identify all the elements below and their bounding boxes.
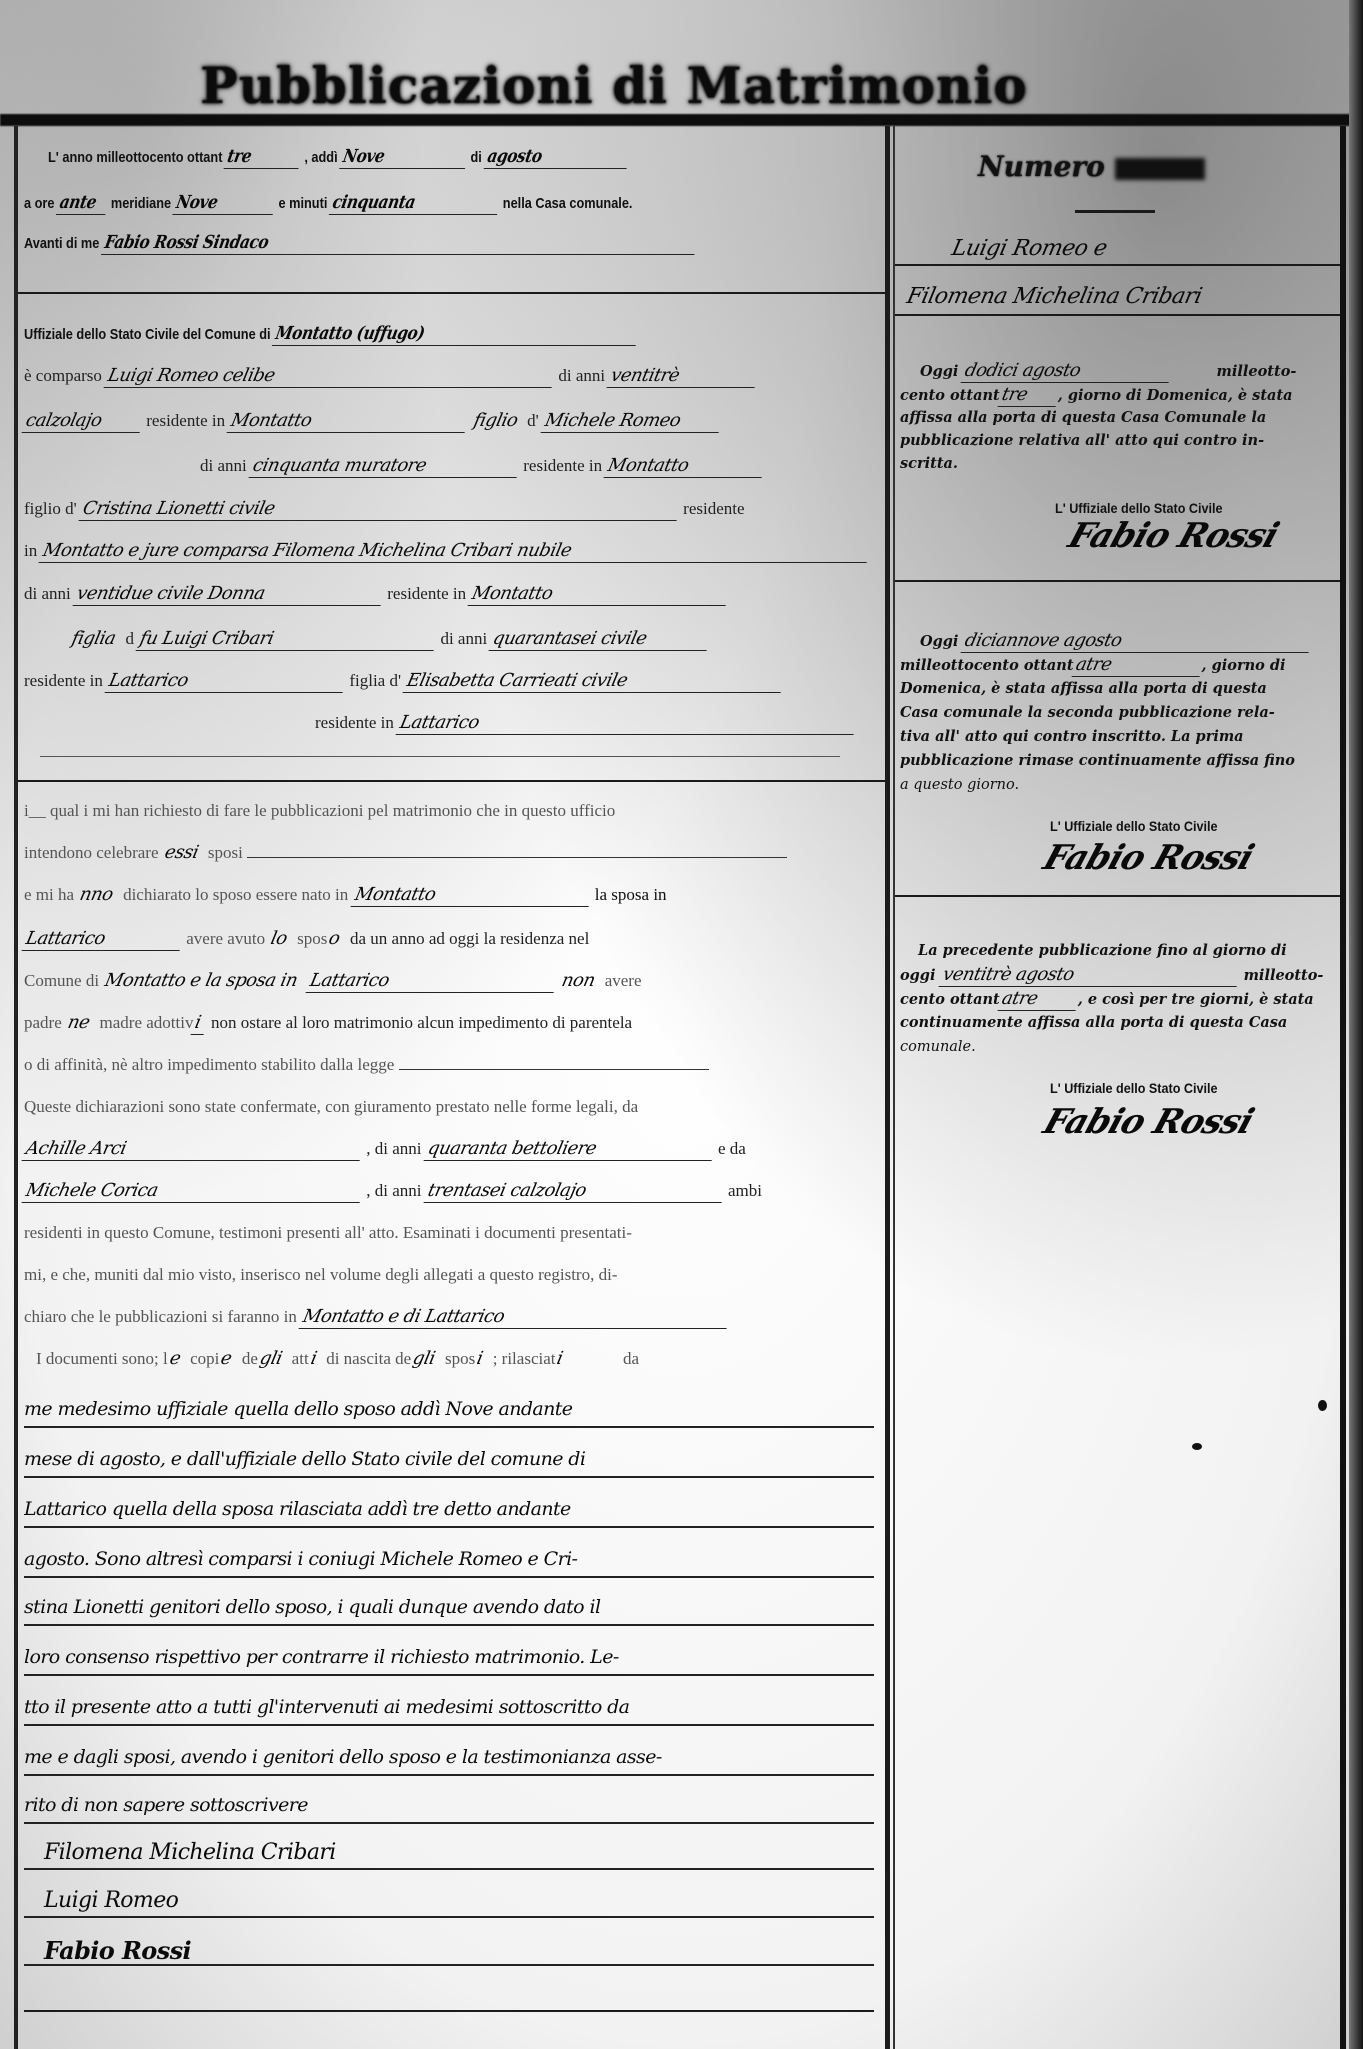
decl-line-5: Comune di Montatto e la sposa in Lattari… (24, 970, 642, 993)
spouse-bride: Filomena Michelina Cribari (903, 286, 1210, 308)
officer-signature: Fabio Rossi (1039, 838, 1259, 878)
officer-signature: Fabio Rossi (1064, 516, 1284, 556)
label-figlio-d: figlio d' (24, 499, 77, 518)
fill-year: tre (997, 384, 1060, 407)
spouse-groom: Luigi Romeo e (948, 238, 1115, 260)
notice3-line-1: La precedente pubblicazione fino al gior… (918, 940, 1287, 962)
line-bride-mother-residence: residente in Lattarico (315, 712, 856, 735)
fill-bride-comune: Lattarico (305, 970, 558, 993)
fill-bride-age: ventidue civile Donna (73, 583, 386, 606)
decl-line-11: residenti in questo Comune, testimoni pr… (24, 1222, 632, 1244)
label-att: att (292, 1349, 309, 1368)
fill-essi: essi (160, 842, 206, 864)
blank-rule (40, 756, 840, 757)
label-tre-giorni: , e così per tre giorni, è stata (1078, 991, 1314, 1008)
label-ore: a ore (24, 195, 54, 212)
fill-comune: Montatto (uffugo) (272, 323, 640, 346)
handwritten-line: mese di agosto, e dall'uffiziale dello S… (24, 1440, 874, 1478)
label-in: in (24, 541, 37, 560)
fill-groom-birthplace: Montatto (350, 884, 593, 907)
margin-rule (895, 264, 1340, 266)
handwritten-line: me medesimo uffiziale quella dello sposo… (24, 1390, 874, 1428)
label-comparso: è comparso (24, 366, 102, 385)
fill-lo: lo (267, 928, 295, 950)
label-spos: spos (445, 1349, 475, 1368)
notice3-line-5: comunale. (900, 1036, 976, 1058)
label-oggi: oggi (900, 967, 935, 984)
fill-groom-name: Luigi Romeo celibe (104, 365, 557, 388)
line-bride-age: di anni ventidue civile Donna residente … (24, 583, 728, 606)
right-border (1340, 126, 1346, 2049)
label-figlia: figlia d' (349, 671, 401, 690)
blank-line (247, 857, 787, 858)
fill-comune-residenza: Montatto e la sposa in (101, 970, 306, 992)
fill-bride-mother: Elisabetta Carrieati civile (403, 670, 786, 693)
decl-line-1: i__ qual i mi han richiesto di fare le p… (24, 800, 615, 822)
handwritten-line: me e dagli sposi, avendo i genitori dell… (24, 1738, 874, 1776)
line-bride-appears: in Montatto e jure comparsa Filomena Mic… (24, 540, 869, 563)
notice3-line-2: oggi ventitrè agosto milleotto- (900, 964, 1323, 987)
blank-line (399, 1069, 709, 1070)
fill-year: atre (997, 988, 1080, 1011)
ruled-line (24, 2010, 874, 2012)
label-de: de (242, 1349, 258, 1368)
label-minuti: e minuti (279, 195, 328, 212)
notice2-line-2: milleottocento ottantatre, giorno di (900, 654, 1286, 677)
fill-father-age: cinquanta muratore (249, 455, 522, 478)
label-avanti: Avanti di me (24, 235, 99, 252)
label-di-anni: , di anni (366, 1139, 421, 1158)
fill-i: i (191, 1012, 209, 1035)
fill-bride-father-age: quarantasei civile (489, 628, 712, 651)
parties-rule (18, 780, 885, 782)
numero-label: Numero (978, 150, 1205, 183)
decl-line-witness-2: Michele Corica , di anni trentasei calzo… (24, 1180, 762, 1203)
line-father-age: di anni cinquanta muratore residente in … (200, 455, 764, 478)
numero-underline (1075, 210, 1155, 213)
notice2-line-5: tiva all' atto qui contro inscritto. La … (900, 726, 1244, 748)
label-celebrare: intendono celebrare (24, 843, 159, 862)
label-casa-comunale: nella Casa comunale. (503, 195, 633, 212)
label-residente: residente in (315, 713, 394, 732)
label-di: di (471, 149, 482, 166)
margin-rule (895, 580, 1340, 582)
officer-label: L' Uffiziale dello Stato Civile (1050, 1080, 1218, 1096)
margin-rule (895, 314, 1340, 316)
handwritten-line: stina Lionetti genitori dello sposo, i q… (24, 1588, 874, 1626)
line-groom-mother: figlio d' Cristina Lionetti civile resid… (24, 498, 745, 521)
header-line-1: L' anno milleottocento ottant tre , addì… (48, 146, 628, 169)
notice2-line-6: pubblicazione rimase continuamente affis… (900, 750, 1295, 772)
fill-month: agosto (483, 146, 630, 169)
fill-bride-birthplace: Lattarico (22, 928, 185, 951)
fill-officer: Fabio Rossi Sindaco (101, 232, 698, 255)
ink-spot (1318, 1400, 1327, 1411)
handwritten-line: tto il presente atto a tutti gl'interven… (24, 1688, 874, 1726)
label-residente: residente (683, 499, 744, 518)
notice2-line-7: a questo giorno. (900, 774, 1019, 796)
fill-i: i (473, 1348, 491, 1370)
fill-bride-father: fu Luigi Cribari (136, 628, 439, 651)
fill-groom-father: Michele Romeo (541, 410, 724, 433)
line-comune: Uffiziale dello Stato Civile del Comune … (24, 323, 638, 346)
label-madre: madre adottiv (100, 1013, 194, 1032)
label-domenica: , giorno di Domenica, è stata (1058, 387, 1293, 404)
fill-anno: nno (76, 884, 121, 906)
label-spos: spos (297, 929, 327, 948)
notice2-line-4: Casa comunale la seconda pubblicazione r… (900, 702, 1275, 724)
label-faranno-in: chiaro che le pubblicazioni si faranno i… (24, 1307, 297, 1326)
fill-gli: gli (256, 1348, 290, 1370)
label-milleotto: milleotto- (1244, 967, 1324, 984)
title-rule (0, 114, 1363, 126)
notice1-line-2: cento ottanttre, giorno di Domenica, è s… (900, 384, 1293, 407)
fill-groom-residence: Montatto (227, 410, 470, 433)
fill-publication-places: Montatto e di Lattarico (299, 1306, 732, 1329)
fill-figlia: figlia (68, 628, 124, 650)
handwritten-line: agosto. Sono altresì comparsi i coniugi … (24, 1540, 874, 1578)
fill-bride-father-residence: Lattarico (105, 670, 348, 693)
label-nascita: di nascita de (326, 1349, 411, 1368)
label-residente: residente in (523, 456, 602, 475)
fill-e: e (165, 1348, 188, 1370)
fill-bride-mother-residence: Lattarico (396, 712, 859, 735)
fill-witness-2-age: trentasei calzolajo (423, 1180, 726, 1203)
label-milleotto: milleotto- (1217, 363, 1297, 380)
decl-line-8: Queste dichiarazioni sono state conferma… (24, 1096, 638, 1118)
fill-groom-age: ventitrè (607, 365, 760, 388)
notice1-line-1: Oggi dodici agosto milleotto- (920, 360, 1296, 383)
decl-line-4: Lattarico avere avuto lo sposo da un ann… (24, 928, 589, 951)
label-da: da (623, 1349, 639, 1368)
label-comune-di: Comune di (24, 971, 99, 990)
decl-line-14: I documenti sono; le copie degli atti di… (36, 1348, 639, 1370)
label-affinita: o di affinità, nè altro impedimento stab… (24, 1055, 394, 1074)
label-e-da: e da (718, 1139, 746, 1158)
label-copi: copi (190, 1349, 219, 1368)
label-d: d (125, 629, 134, 648)
decl-line-13: chiaro che le pubblicazioni si faranno i… (24, 1306, 729, 1329)
column-divider (885, 126, 890, 2049)
fill-ne: ne (64, 1012, 98, 1034)
officer-label: L' Uffiziale dello Stato Civile (1055, 500, 1223, 516)
label-rilasciat: ; rilasciat (493, 1349, 556, 1368)
label-di-anni: di anni (558, 366, 605, 385)
label-residenza: da un anno ad oggi la residenza nel (350, 929, 589, 948)
fill-gli: gli (409, 1348, 443, 1370)
label-d: d' (527, 411, 539, 430)
label-mi-ha: e mi ha (24, 885, 74, 904)
label-ottant: milleottocento ottant (900, 657, 1074, 674)
column-divider-inner (893, 126, 895, 2049)
label-sposi: sposi (208, 843, 243, 862)
label-residente: residente in (24, 671, 103, 690)
label-addi: , addì (304, 149, 337, 166)
handwritten-line: Lattarico quella della sposa rilasciata … (24, 1490, 874, 1528)
header-rule (18, 292, 885, 294)
label-meridiane: meridiane (111, 195, 171, 212)
label-di-anni: , di anni (366, 1181, 421, 1200)
decl-line-3: e mi ha nno dichiarato lo sposo essere n… (24, 884, 667, 907)
margin-rule (895, 895, 1340, 897)
notice2-line-1: Oggi diciannove agosto (920, 630, 1311, 653)
header-line-3: Avanti di me Fabio Rossi Sindaco (24, 232, 696, 255)
label-di-anni: di anni (440, 629, 487, 648)
officer-signature: Fabio Rossi (1039, 1102, 1259, 1142)
notice3-line-4: continuamente affissa alla porta di ques… (900, 1012, 1287, 1034)
handwritten-line: loro consenso rispettivo per contrarre i… (24, 1638, 874, 1676)
fill-i: i (553, 1348, 571, 1370)
signature-bride: Filomena Michelina Cribari (24, 1832, 874, 1870)
label-impedimento: non ostare al loro matrimonio alcun impe… (211, 1013, 632, 1032)
fill-witness-1-age: quaranta bettoliere (423, 1138, 716, 1161)
margin-spouse-2: Filomena Michelina Cribari (905, 286, 1207, 309)
fill-meridian: ante (56, 192, 109, 215)
label-figlio: figlio (469, 410, 525, 432)
label-padre: padre (24, 1013, 62, 1032)
notice3-line-3: cento ottantatre, e così per tre giorni,… (900, 988, 1314, 1011)
handwritten-line: rito di non sapere sottoscrivere (24, 1786, 874, 1824)
notice1-line-5: scritta. (900, 453, 958, 475)
decl-line-12: mi, e che, muniti dal mio visto, inseris… (24, 1264, 617, 1286)
numero-value-smudge (1115, 158, 1205, 180)
fill-date: dodici agosto (961, 360, 1174, 383)
label-residente: residente in (146, 411, 225, 430)
line-groom-residence: calzolajo residente in Montatto figlio d… (24, 410, 721, 433)
numero-text: Numero (978, 150, 1105, 183)
label-ottant: cento ottant (900, 387, 1000, 404)
fill-hour: Nove (173, 192, 277, 215)
signature-officer: Fabio Rossi (24, 1928, 874, 1966)
label-di-anni: di anni (200, 456, 247, 475)
label-sposa-in: la sposa in (595, 885, 667, 904)
notice1-line-4: pubblicazione relativa all' atto qui con… (900, 430, 1264, 452)
label-avere: avere (605, 971, 642, 990)
label-documenti: I documenti sono; l (36, 1349, 168, 1368)
register-page: Pubblicazioni di Matrimonio L' anno mill… (0, 0, 1363, 2049)
fill-date: diciannove agosto (961, 630, 1314, 653)
page-title: Pubblicazioni di Matrimonio (200, 56, 1100, 112)
line-comparso: è comparso Luigi Romeo celibe di anni ve… (24, 365, 757, 388)
fill-groom-mother: Cristina Lionetti civile (78, 498, 681, 521)
fill-bride-name: Montatto e jure comparsa Filomena Michel… (39, 540, 872, 563)
fill-o: o (325, 928, 348, 950)
notice2-line-3: Domenica, è stata affissa alla porta di … (900, 678, 1267, 700)
fill-bride-residence: Montatto (468, 583, 731, 606)
left-border (14, 126, 18, 2049)
line-bride-father: figlia d fu Luigi Cribari di anni quaran… (70, 628, 709, 651)
fill-year: atre (1071, 654, 1204, 677)
ink-spot (1192, 1443, 1202, 1450)
label-giorno-di: , giorno di (1202, 657, 1286, 674)
fill-witness-2-name: Michele Corica (22, 1180, 365, 1203)
label-oggi: Oggi (920, 363, 958, 380)
label-comune: Uffiziale dello Stato Civile del Comune … (24, 326, 271, 343)
officer-label: L' Uffiziale dello Stato Civile (1050, 818, 1218, 834)
fill-witness-1-name: Achille Arci (22, 1138, 365, 1161)
fill-non: non (558, 970, 603, 992)
fill-groom-profession: calzolajo (22, 410, 145, 433)
fill-date: ventitrè agosto (938, 964, 1241, 987)
label-avere-avuto: avere avuto (186, 929, 265, 948)
fill-day: Nove (339, 146, 469, 169)
label-di-anni: di anni (24, 584, 71, 603)
decl-line-6: padre ne madre adottivi non ostare al lo… (24, 1012, 632, 1035)
label-ottant: cento ottant (900, 991, 1000, 1008)
header-line-2: a ore ante meridiane Nove e minuti cinqu… (24, 192, 632, 215)
margin-spouse-1: Luigi Romeo e (950, 238, 1112, 261)
fill-father-residence: Montatto (604, 455, 767, 478)
line-bride-mother: residente in Lattarico figlia d' Elisabe… (24, 670, 783, 693)
fill-e: e (217, 1348, 240, 1370)
decl-line-7: o di affinità, nè altro impedimento stab… (24, 1054, 709, 1076)
notice1-line-3: affissa alla porta di questa Casa Comuna… (900, 407, 1266, 429)
decl-line-2: intendono celebrare essi sposi (24, 842, 787, 864)
signature-groom: Luigi Romeo (24, 1880, 874, 1918)
label-oggi: Oggi (920, 633, 958, 650)
fill-i: i (306, 1348, 324, 1370)
label-year: L' anno milleottocento ottant (48, 149, 222, 166)
label-nato-in: dichiarato lo sposo essere nato in (123, 885, 348, 904)
fill-minutes: cinquanta (329, 192, 501, 215)
fill-year: tre (224, 146, 303, 169)
decl-line-witness-1: Achille Arci , di anni quaranta bettolie… (24, 1138, 746, 1161)
page-edge-shadow (1349, 0, 1363, 2049)
label-ambi: ambi (728, 1181, 762, 1200)
label-residente: residente in (387, 584, 466, 603)
